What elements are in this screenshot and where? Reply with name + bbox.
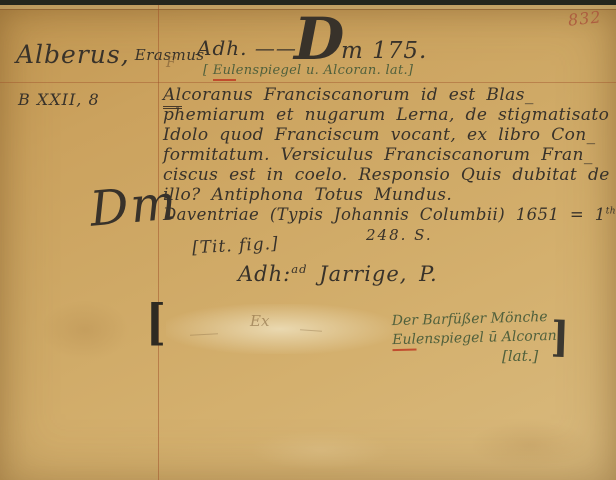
title-line: illo? Antiphona Totus Mundus. — [163, 185, 452, 205]
uniform-title-open: [ — [203, 63, 213, 78]
adherence-note-top: Adh. —— — [197, 36, 297, 60]
uniform-title-rest: enspiegel u. Alcoran. lat.] — [236, 63, 414, 78]
classmark-number: m 175. — [341, 38, 427, 64]
erased-faint-text: Ex — [250, 312, 269, 330]
author-heading: Alberus, Erasmus — [16, 40, 205, 69]
extent-note: 248. S. — [366, 226, 433, 244]
author-surname: Alberus, — [16, 40, 130, 69]
title-line: phemiarum et nugarum Lerna, de stigmatis… — [163, 105, 609, 125]
annotation-underlined: Eul — [392, 332, 416, 352]
horizontal-ruled-line — [0, 82, 616, 83]
faint-ink-mark: F — [166, 55, 176, 71]
title-figure-note: [Tit. fig.] — [192, 234, 280, 259]
paper-stain — [470, 420, 590, 470]
paper-stain — [250, 430, 390, 470]
scanned-catalog-card: 832 Alberus, Erasmus B XXII, 8 Dm Adh. —… — [0, 0, 616, 480]
shelfmark-old: B XXII, 8 — [18, 90, 100, 109]
german-title-annotation: Der Barfüßer Mönche Eulenspiegel ū Alcor… — [392, 308, 557, 350]
title-line-rest: coranus Franciscanorum id est Blas_ — [182, 85, 534, 105]
binding-note-prefix: Adh: — [238, 262, 291, 286]
imprint-line: Daventriae (Typis Johannis Columbii) 165… — [163, 205, 616, 224]
binding-note-rest: Jarrige, P. — [308, 262, 438, 286]
title-line: ciscus est in coelo. Responsio Quis dubi… — [163, 165, 610, 185]
corner-number: 832 — [568, 7, 603, 29]
imprint-text: Daventriae (Typis Johannis Columbii) 165… — [163, 205, 606, 224]
binding-note-superscript: ad — [291, 262, 307, 276]
annotation-close-bracket: ] — [550, 311, 570, 361]
title-line: Idolo quod Franciscum vocant, ex libro C… — [163, 125, 596, 145]
imprint-superscript: th — [606, 207, 616, 217]
vertical-ruled-line — [158, 5, 159, 480]
title-line: formitatum. Versiculus Franciscanorum Fr… — [163, 145, 593, 165]
uniform-title-underlined: Eul — [213, 63, 236, 81]
classmark-big-letter: D — [294, 10, 344, 68]
binding-note: Adh:ad Jarrige, P. — [238, 262, 438, 286]
paper-stain — [40, 300, 130, 360]
annotation-line2-rest: enspiegel ū Alcoran — [416, 328, 557, 348]
uniform-title-note: [ Eulenspiegel u. Alcoran. lat.] — [203, 63, 413, 78]
card-paper: 832 Alberus, Erasmus B XXII, 8 Dm Adh. —… — [0, 0, 616, 480]
erased-note-open-bracket: [ — [146, 294, 166, 350]
annotation-language-note: [lat.] — [502, 347, 538, 365]
erased-text-area — [166, 304, 394, 354]
title-line: Alcoranus Franciscanorum id est Blas_ — [163, 85, 534, 105]
